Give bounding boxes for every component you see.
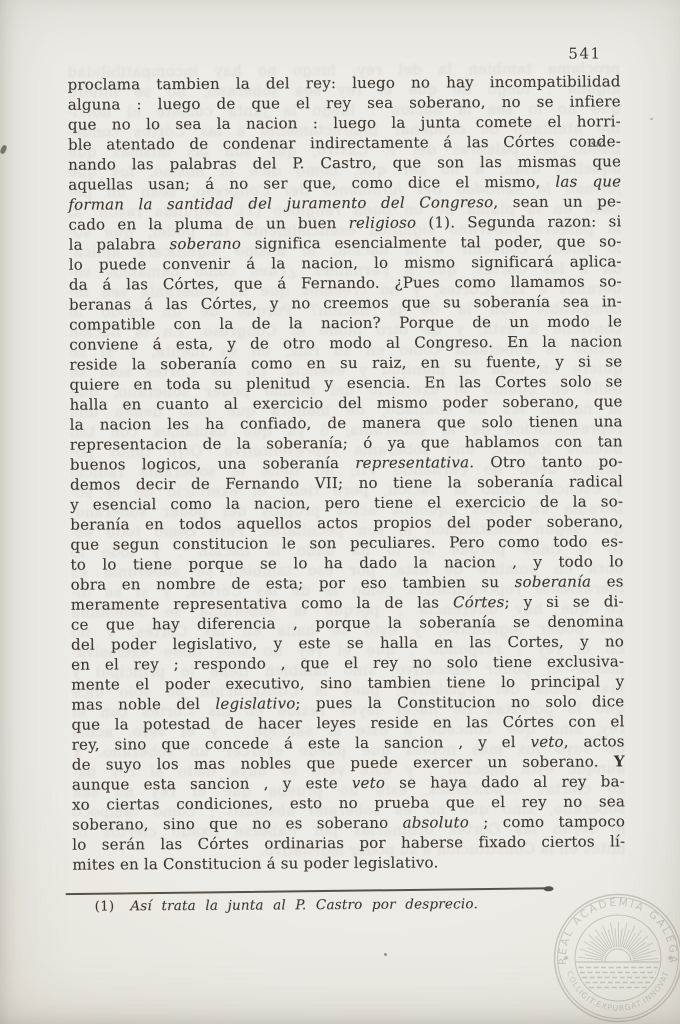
- page-content: 541 sic proclama tambien la del rey: lue…: [0, 0, 680, 1024]
- text-line: lo serán las Córtes ordinarias por haber…: [72, 831, 625, 854]
- marginal-note: sic: [591, 140, 605, 149]
- footnote-marker: (1): [95, 898, 115, 914]
- body-text: sic proclama tambien la del rey: luego n…: [68, 71, 626, 874]
- paper-speck: [384, 953, 387, 956]
- text-line: mites en la Constitucion á su poder legi…: [72, 851, 625, 874]
- paper-speck: [650, 118, 653, 120]
- footnote: (1)Así trata la junta al P. Castro por d…: [95, 896, 478, 914]
- page-number: 541: [568, 44, 601, 62]
- footnote-text: Así trata la junta al P. Castro por desp…: [130, 896, 478, 914]
- footnote-separator: [66, 887, 552, 895]
- scanned-book-page: { "document": { "page_number": "541", "m…: [0, 0, 680, 1024]
